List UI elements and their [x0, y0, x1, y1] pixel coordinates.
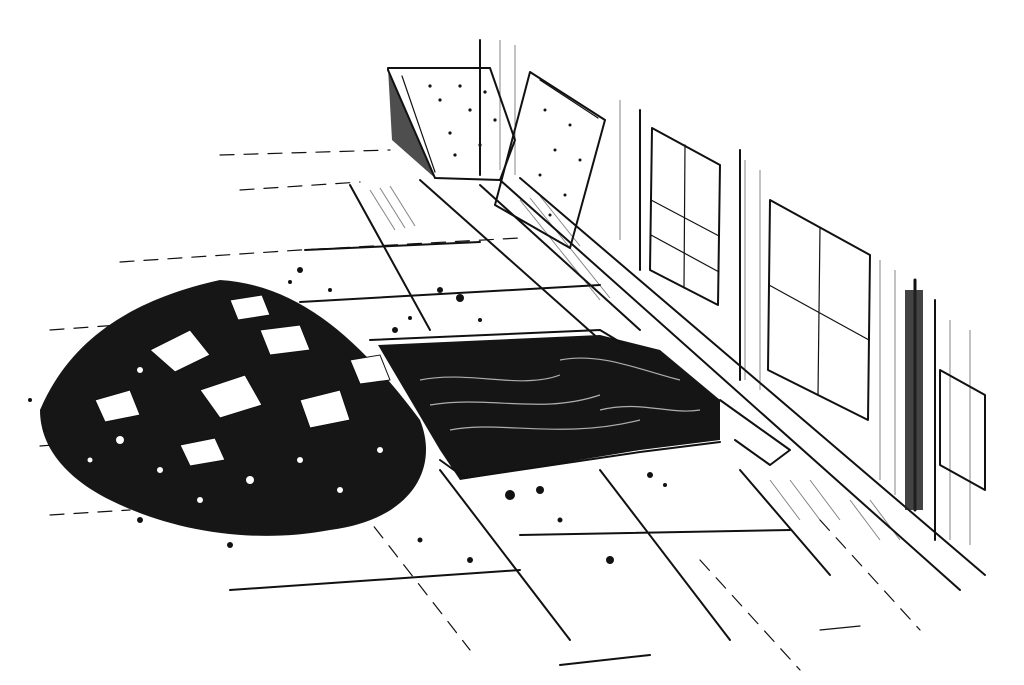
open-hole	[370, 330, 790, 480]
removed-slab-1	[388, 68, 515, 180]
removed-slab-2	[495, 72, 605, 248]
window	[650, 128, 720, 305]
window	[940, 370, 985, 490]
illustration-canvas	[0, 0, 1024, 685]
window	[768, 200, 870, 420]
building-wall	[480, 40, 985, 545]
